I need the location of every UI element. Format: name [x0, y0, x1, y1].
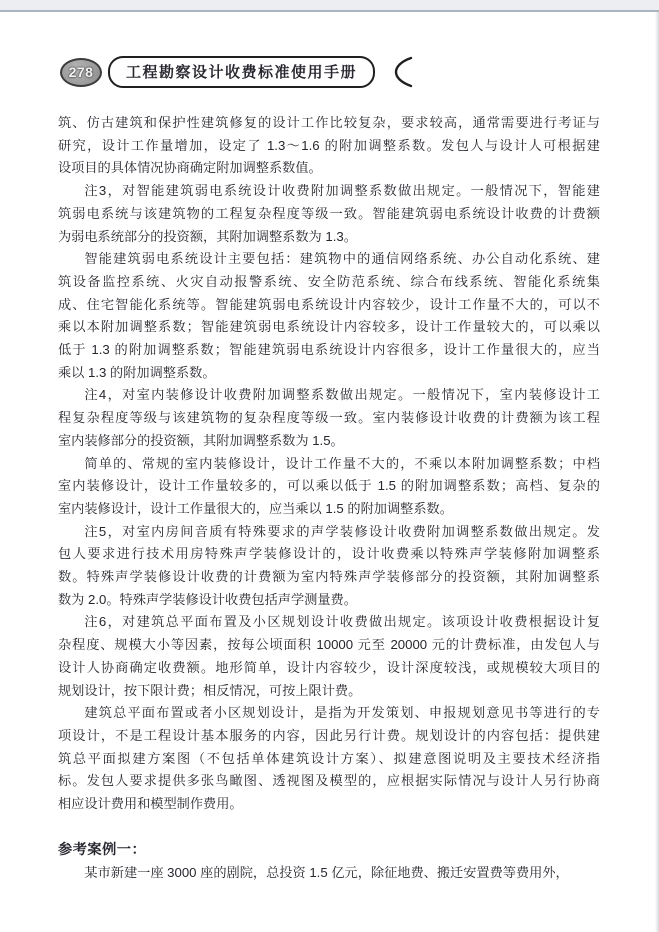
text-line: 某市新建一座 3000 座的剧院，总投资 1.5 亿元，除征地费、搬迁安置费等费…: [58, 862, 600, 885]
text-line: 注4，对室内装修设计收费附加调整系数做出规定。一般情况下，室内装修设计工: [58, 384, 600, 407]
case-study-paragraph: 某市新建一座 3000 座的剧院，总投资 1.5 亿元，除征地费、搬迁安置费等费…: [58, 862, 600, 885]
paragraph: 注3，对智能建筑弱电系统设计收费附加调整系数做出规定。一般情况下，智能建筑弱电系…: [58, 180, 600, 248]
text-line: 筑总平面拟建方案图（不包括单体建筑设计方案）、拟建意图说明及主要技术经济指: [58, 748, 600, 771]
text-line: 数为 2.0。特殊声学装修设计收费包括声学测量费。: [58, 589, 600, 612]
text-line: 成、住宅智能化系统等。智能建筑弱电系统设计内容较少，设计工作量不大的，可以不: [58, 294, 600, 317]
paragraph: 简单的、常规的室内装修设计，设计工作量不大的，不乘以本附加调整系数；中档室内装修…: [58, 453, 600, 521]
text-line: 数。特殊声学装修设计收费的计费额为室内特殊声学装修部分的投资额，其附加调整系: [58, 566, 600, 589]
text-line: 筑设备监控系统、火灾自动报警系统、安全防范系统、综合布线系统、智能化系统集: [58, 271, 600, 294]
text-line: 注6，对建筑总平面布置及小区规划设计收费做出规定。该项设计收费根据设计复: [58, 611, 600, 634]
text-line: 研究，设计工作量增加，设定了 1.3～1.6 的附加调整系数。发包人与设计人可根…: [58, 135, 600, 158]
page-number-badge: 278: [60, 58, 102, 87]
banner-tail-icon: [377, 55, 415, 89]
text-line: 室内装修设计，设计工作量很大的，应当乘以 1.5 的附加调整系数。: [58, 498, 600, 521]
text-line: 设项目的具体情况协商确定附加调整系数值。: [58, 157, 600, 180]
text-line: 乘以 1.3 的附加调整系数。: [58, 362, 600, 385]
text-line: 乘以本附加调整系数；智能建筑弱电系统设计内容较多，设计工作量较大的，可以乘以: [58, 316, 600, 339]
text-line: 相应设计费用和模型制作费用。: [58, 793, 600, 816]
book-title-banner: 工程勘察设计收费标准使用手册: [108, 56, 375, 88]
scan-edge-right: [655, 12, 659, 932]
text-line: 低于 1.3 的附加调整系数；智能建筑弱电系统设计内容很多，设计工作量很大的，应…: [58, 339, 600, 362]
body-text: 筑、仿古建筑和保护性建筑修复的设计工作比较复杂，要求较高，通常需要进行考证与研究…: [58, 112, 600, 884]
text-line: 简单的、常规的室内装修设计，设计工作量不大的，不乘以本附加调整系数；中档: [58, 453, 600, 476]
text-line: 项设计，不是工程设计基本服务的内容，因此另行计费。规划设计的内容包括：提供建: [58, 725, 600, 748]
text-line: 标。发包人要求提供多张鸟瞰图、透视图及模型的，应根据实际情况与设计人另行协商: [58, 770, 600, 793]
page-header: 278 工程勘察设计收费标准使用手册: [60, 56, 415, 88]
text-line: 室内装修设计，设计工作量较多的，可以乘以低于 1.5 的附加调整系数；高档、复杂…: [58, 475, 600, 498]
text-line: 为弱电系统部分的投资额，其附加调整系数为 1.3。: [58, 226, 600, 249]
paragraph: 注5，对室内房间音质有特殊要求的声学装修设计收费附加调整系数做出规定。发包人要求…: [58, 521, 600, 612]
text-line: 筑弱电系统与该建筑物的工程复杂程度等级一致。智能建筑弱电系统设计收费的计费额: [58, 203, 600, 226]
paragraph: 注4，对室内装修设计收费附加调整系数做出规定。一般情况下，室内装修设计工程复杂程…: [58, 384, 600, 452]
paragraph: 建筑总平面布置或者小区规划设计，是指为开发策划、申报规划意见书等进行的专项设计，…: [58, 702, 600, 816]
scan-edge-top: [0, 0, 659, 10]
section-heading: 参考案例一：: [58, 839, 600, 862]
text-line: 智能建筑弱电系统设计主要包括：建筑物中的通信网络系统、办公自动化系统、建: [58, 248, 600, 271]
text-line: 建筑总平面布置或者小区规划设计，是指为开发策划、申报规划意见书等进行的专: [58, 702, 600, 725]
book-title: 工程勘察设计收费标准使用手册: [126, 65, 357, 81]
text-line: 规划设计，按下限计费；相反情况，可按上限计费。: [58, 680, 600, 703]
page-number: 278: [69, 64, 94, 80]
scan-edge-line: [0, 10, 659, 12]
text-line: 筑、仿古建筑和保护性建筑修复的设计工作比较复杂，要求较高，通常需要进行考证与: [58, 112, 600, 135]
paragraph: 注6，对建筑总平面布置及小区规划设计收费做出规定。该项设计收费根据设计复杂程度、…: [58, 611, 600, 702]
paragraph: 智能建筑弱电系统设计主要包括：建筑物中的通信网络系统、办公自动化系统、建筑设备监…: [58, 248, 600, 384]
paragraph: 筑、仿古建筑和保护性建筑修复的设计工作比较复杂，要求较高，通常需要进行考证与研究…: [58, 112, 600, 180]
text-line: 室内装修部分的投资额，其附加调整系数为 1.5。: [58, 430, 600, 453]
text-line: 程复杂程度等级与该建筑物的复杂程度等级一致。室内装修设计收费的计费额为该工程: [58, 407, 600, 430]
text-line: 注5，对室内房间音质有特殊要求的声学装修设计收费附加调整系数做出规定。发: [58, 521, 600, 544]
text-line: 杂程度、规模大小等因素，按每公顷面积 10000 元至 20000 元的计费标准…: [58, 634, 600, 657]
text-line: 注3，对智能建筑弱电系统设计收费附加调整系数做出规定。一般情况下，智能建: [58, 180, 600, 203]
text-line: 设计人协商确定收费额。地形简单，设计内容较少，设计深度较浅，或规模较大项目的: [58, 657, 600, 680]
text-line: 包人要求进行技术用房特殊声学装修设计的，设计收费乘以特殊声学装修附加调整系: [58, 543, 600, 566]
